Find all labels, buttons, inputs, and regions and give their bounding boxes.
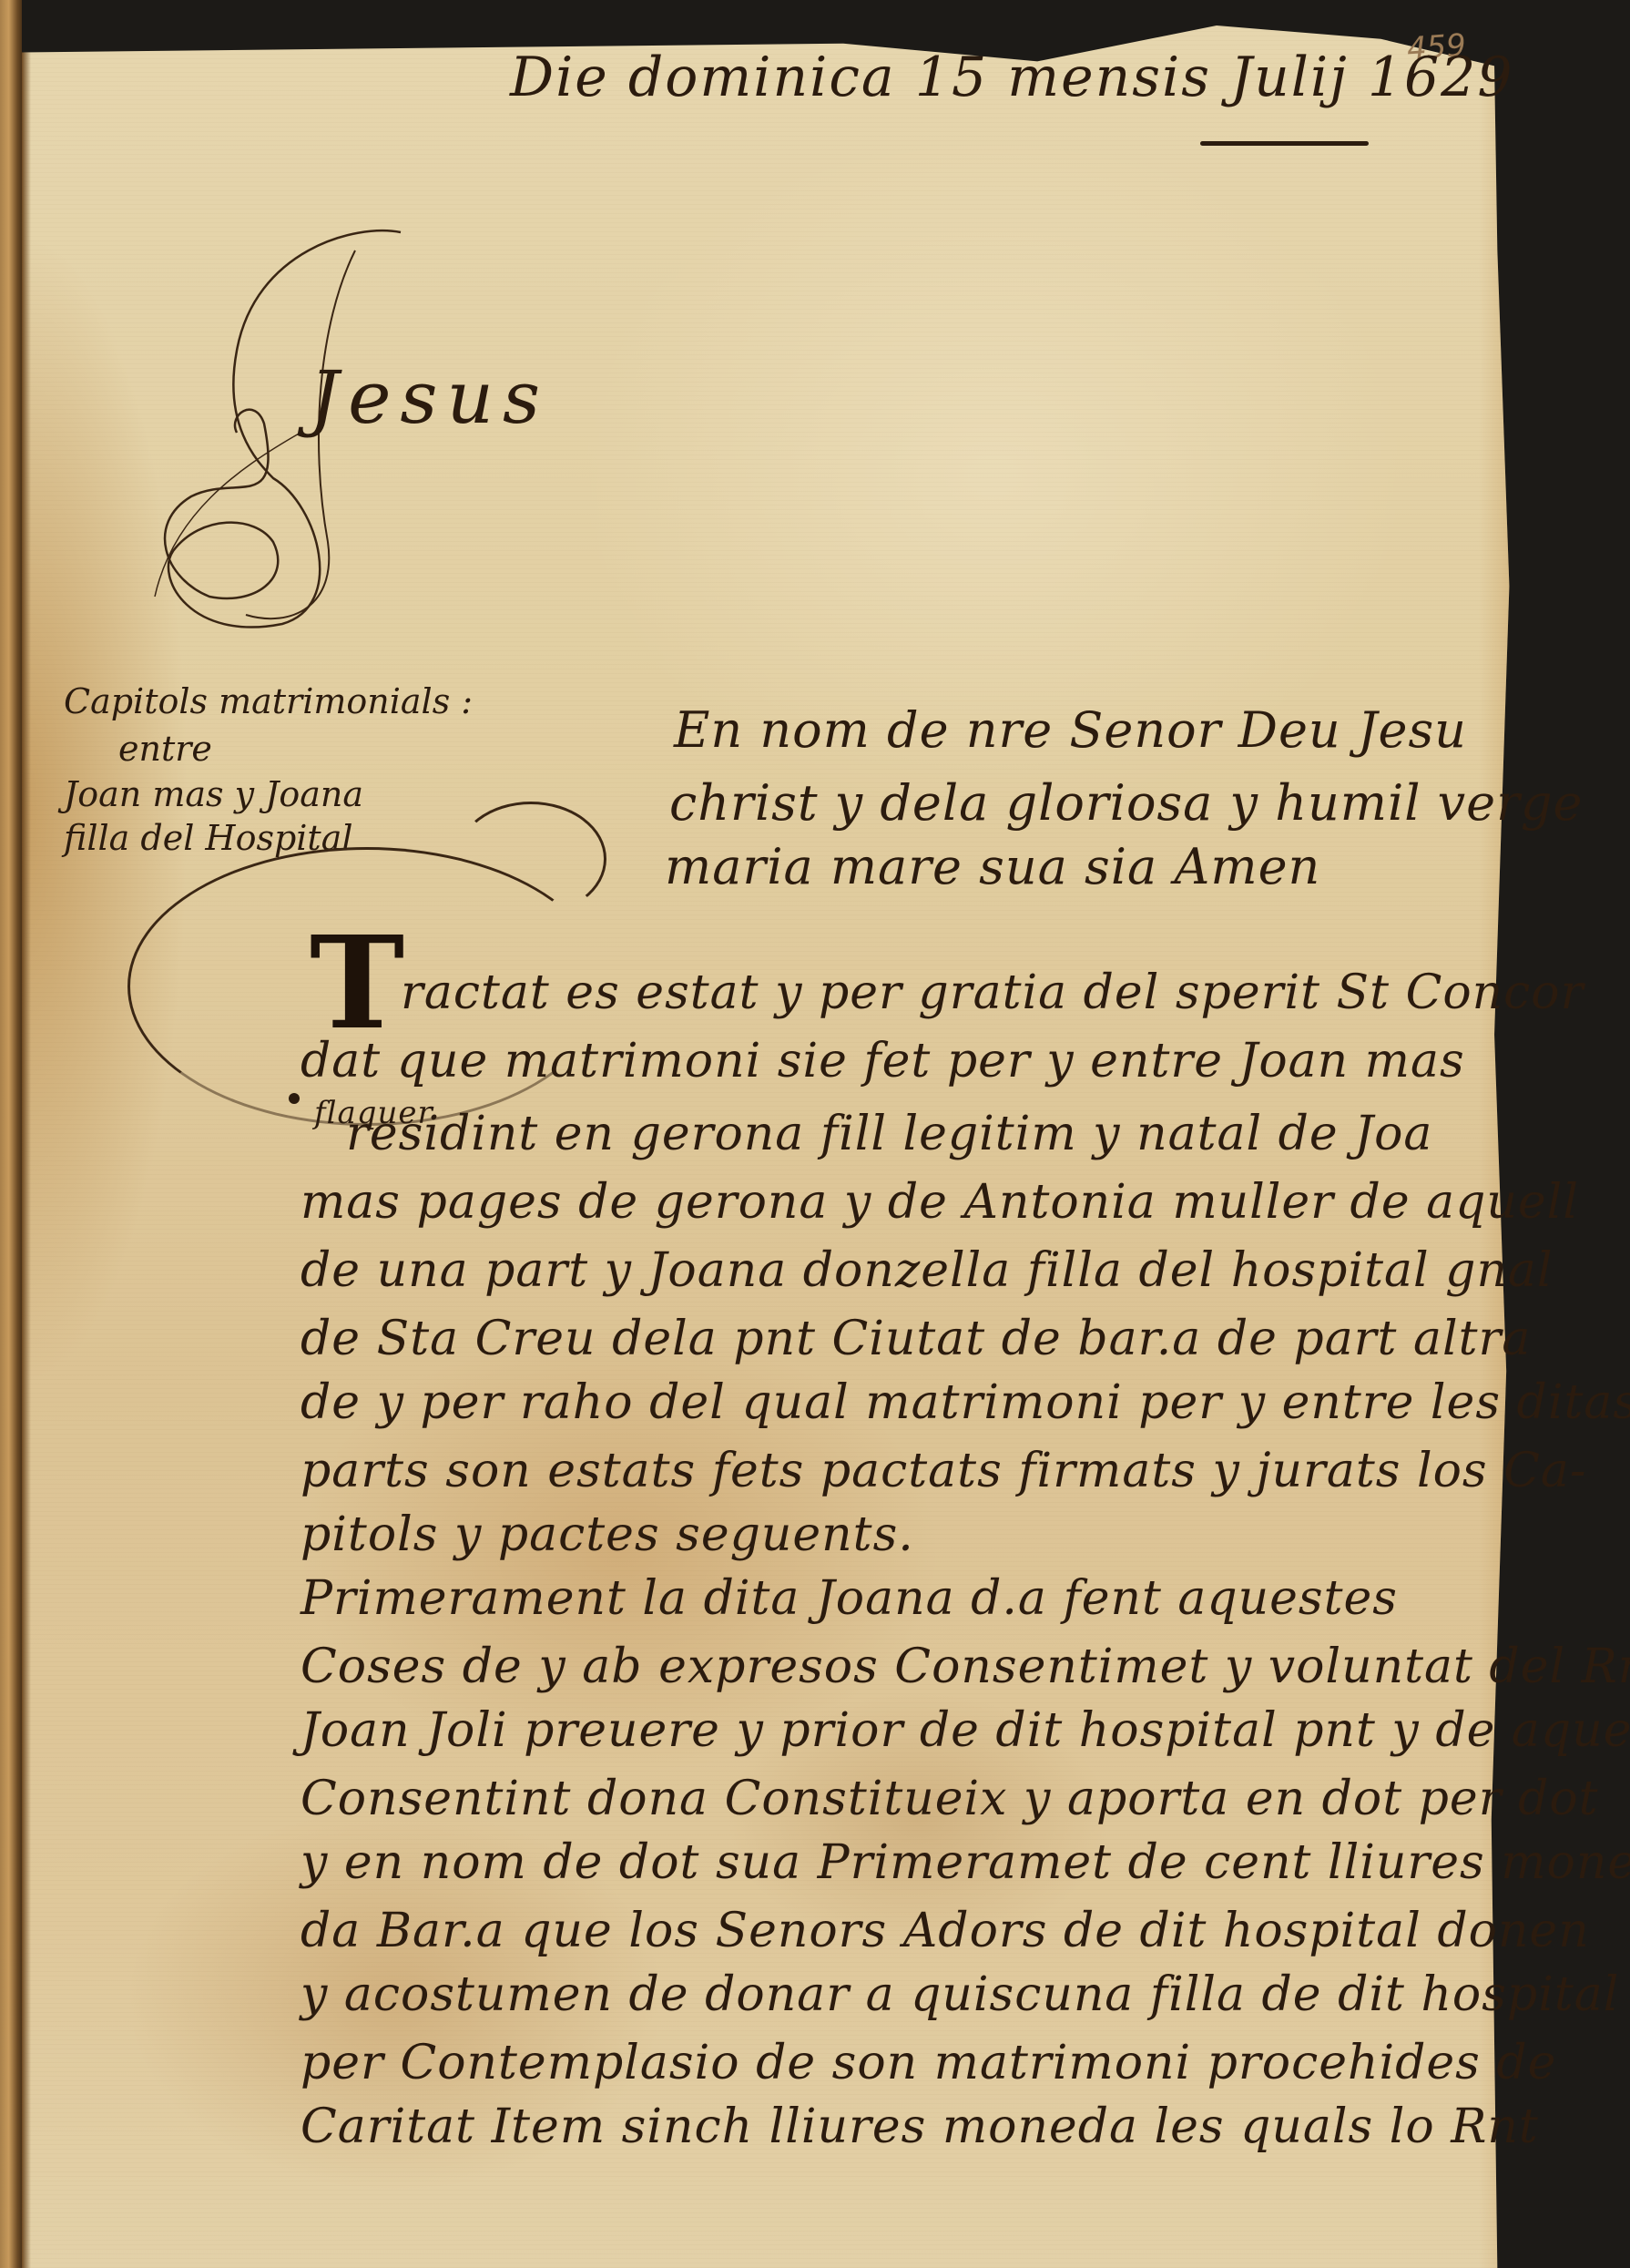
margin-note-line: entre <box>118 729 212 769</box>
body-line: Primerament la dita Joana d.a fent aques… <box>301 1571 1398 1626</box>
body-line: y acostumen de donar a quiscuna filla de… <box>301 1967 1619 2022</box>
body-line: y en nom de dot sua Primeramet de cent l… <box>301 1835 1630 1890</box>
invocation-line: maria mare sua sia Amen <box>665 838 1320 895</box>
body-line: de una part y Joana donzella filla del h… <box>301 1243 1554 1298</box>
body-line: de Sta Creu dela pnt Ciutat de bar.a de … <box>301 1312 1531 1366</box>
body-line: mas pages de gerona y de Antonia muller … <box>301 1175 1579 1230</box>
body-line: per Contemplasio de son matrimoni proceh… <box>301 2036 1556 2090</box>
body-line: da Bar.a que los Senors Adors de dit hos… <box>301 1904 1590 1958</box>
body-line: parts son estats fets pactats firmats y … <box>301 1444 1586 1498</box>
decorated-initial: T <box>310 920 404 1047</box>
invocation-line: En nom de nre Senor Deu Jesu <box>674 701 1467 759</box>
body-line: Consentint dona Constitueix y aporta en … <box>301 1772 1599 1826</box>
margin-note-line: Joan mas y Joana <box>64 774 363 814</box>
body-line: de y per raho del qual matrimoni per y e… <box>301 1375 1630 1430</box>
flourish-dot-icon <box>289 1093 300 1104</box>
book-binding-edge <box>0 0 22 2268</box>
margin-note-line: Capitols matrimonials : <box>64 681 473 721</box>
monogram-letters: Jesus <box>310 355 549 440</box>
manuscript-scan: 459 Die dominica 15 mensis Julij 1629 Je… <box>0 0 1630 2268</box>
page-gutter-shadow <box>22 26 31 2268</box>
body-line: Caritat Item sinch lliures moneda les qu… <box>301 2099 1539 2154</box>
body-line: ractat es estat y per gratia del sperit … <box>401 965 1584 1020</box>
body-line: Joan Joli preuere y prior de dit hospita… <box>301 1703 1630 1758</box>
invocation-line: christ y dela gloriosa y humil verge <box>669 774 1583 832</box>
body-line: residint en gerona fill legitim y natal … <box>346 1107 1432 1161</box>
body-line: Coses de y ab expresos Consentimet y vol… <box>301 1640 1630 1694</box>
body-line: pitols y pactes seguents. <box>301 1507 914 1562</box>
header-date-line: Die dominica 15 mensis Julij 1629 <box>510 46 1514 109</box>
body-line: dat que matrimoni sie fet per y entre Jo… <box>301 1034 1465 1088</box>
date-underline <box>1200 141 1369 146</box>
